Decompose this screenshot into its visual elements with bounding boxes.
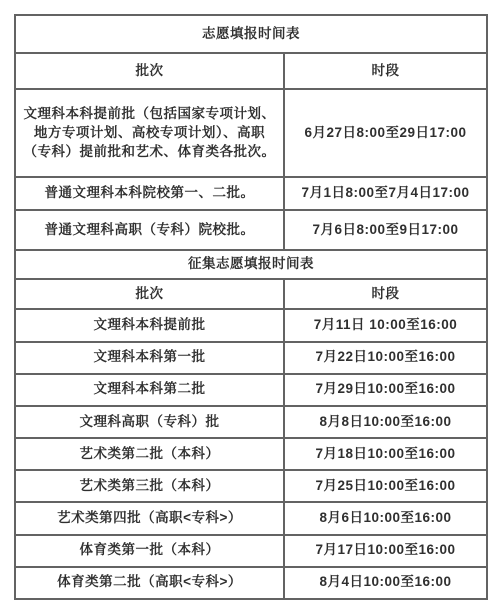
table-row: 批次 时段	[15, 279, 487, 309]
table-row: 文理科本科第二批 7月29日10:00至16:00	[15, 374, 487, 406]
time-column-header: 时段	[284, 53, 487, 89]
time-cell: 7月11日 10:00至16:00	[284, 309, 487, 341]
table-row: 艺术类第四批（高职<专科>） 8月6日10:00至16:00	[15, 502, 487, 534]
page: 志愿填报时间表 批次 时段 文理科本科提前批（包括国家专项计划、地方专项计划、高…	[0, 0, 499, 616]
batch-cell: 体育类第一批（本科）	[15, 535, 284, 567]
time-cell: 8月4日10:00至16:00	[284, 567, 487, 599]
table-row: 批次 时段	[15, 53, 487, 89]
time-cell: 7月25日10:00至16:00	[284, 470, 487, 502]
batch-cell: 艺术类第三批（本科）	[15, 470, 284, 502]
time-column-header: 时段	[284, 279, 487, 309]
table-row: 体育类第一批（本科） 7月17日10:00至16:00	[15, 535, 487, 567]
table-row: 普通文理科本科院校第一、二批。 7月1日8:00至7月4日17:00	[15, 177, 487, 210]
time-cell: 7月18日10:00至16:00	[284, 438, 487, 470]
batch-cell: 文理科本科提前批	[15, 309, 284, 341]
time-cell: 7月6日8:00至9日17:00	[284, 210, 487, 250]
table-row: 征集志愿填报时间表	[15, 250, 487, 279]
time-cell: 7月1日8:00至7月4日17:00	[284, 177, 487, 210]
batch-column-header: 批次	[15, 53, 284, 89]
batch-cell: 体育类第二批（高职<专科>）	[15, 567, 284, 599]
table-row: 艺术类第二批（本科） 7月18日10:00至16:00	[15, 438, 487, 470]
batch-cell: 艺术类第四批（高职<专科>）	[15, 502, 284, 534]
table-row: 普通文理科高职（专科）院校批。 7月6日8:00至9日17:00	[15, 210, 487, 250]
batch-cell: 文理科本科提前批（包括国家专项计划、地方专项计划、高校专项计划）、高职（专科）提…	[15, 89, 284, 176]
batch-cell: 文理科本科第一批	[15, 342, 284, 374]
table-row: 文理科本科第一批 7月22日10:00至16:00	[15, 342, 487, 374]
table-row: 文理科本科提前批 7月11日 10:00至16:00	[15, 309, 487, 341]
schedule-table: 志愿填报时间表 批次 时段 文理科本科提前批（包括国家专项计划、地方专项计划、高…	[14, 14, 488, 600]
time-cell: 7月29日10:00至16:00	[284, 374, 487, 406]
batch-column-header: 批次	[15, 279, 284, 309]
table-row: 文理科本科提前批（包括国家专项计划、地方专项计划、高校专项计划）、高职（专科）提…	[15, 89, 487, 176]
table-row: 文理科高职（专科）批 8月8日10:00至16:00	[15, 406, 487, 438]
time-cell: 8月8日10:00至16:00	[284, 406, 487, 438]
table-title: 志愿填报时间表	[15, 15, 487, 53]
section-title: 征集志愿填报时间表	[15, 250, 487, 279]
batch-cell: 文理科高职（专科）批	[15, 406, 284, 438]
time-cell: 6月27日8:00至29日17:00	[284, 89, 487, 176]
time-cell: 8月6日10:00至16:00	[284, 502, 487, 534]
table-row: 艺术类第三批（本科） 7月25日10:00至16:00	[15, 470, 487, 502]
table-row: 体育类第二批（高职<专科>） 8月4日10:00至16:00	[15, 567, 487, 599]
batch-cell: 文理科本科第二批	[15, 374, 284, 406]
batch-cell: 普通文理科本科院校第一、二批。	[15, 177, 284, 210]
table-row: 志愿填报时间表	[15, 15, 487, 53]
batch-cell: 普通文理科高职（专科）院校批。	[15, 210, 284, 250]
time-cell: 7月22日10:00至16:00	[284, 342, 487, 374]
batch-cell: 艺术类第二批（本科）	[15, 438, 284, 470]
time-cell: 7月17日10:00至16:00	[284, 535, 487, 567]
